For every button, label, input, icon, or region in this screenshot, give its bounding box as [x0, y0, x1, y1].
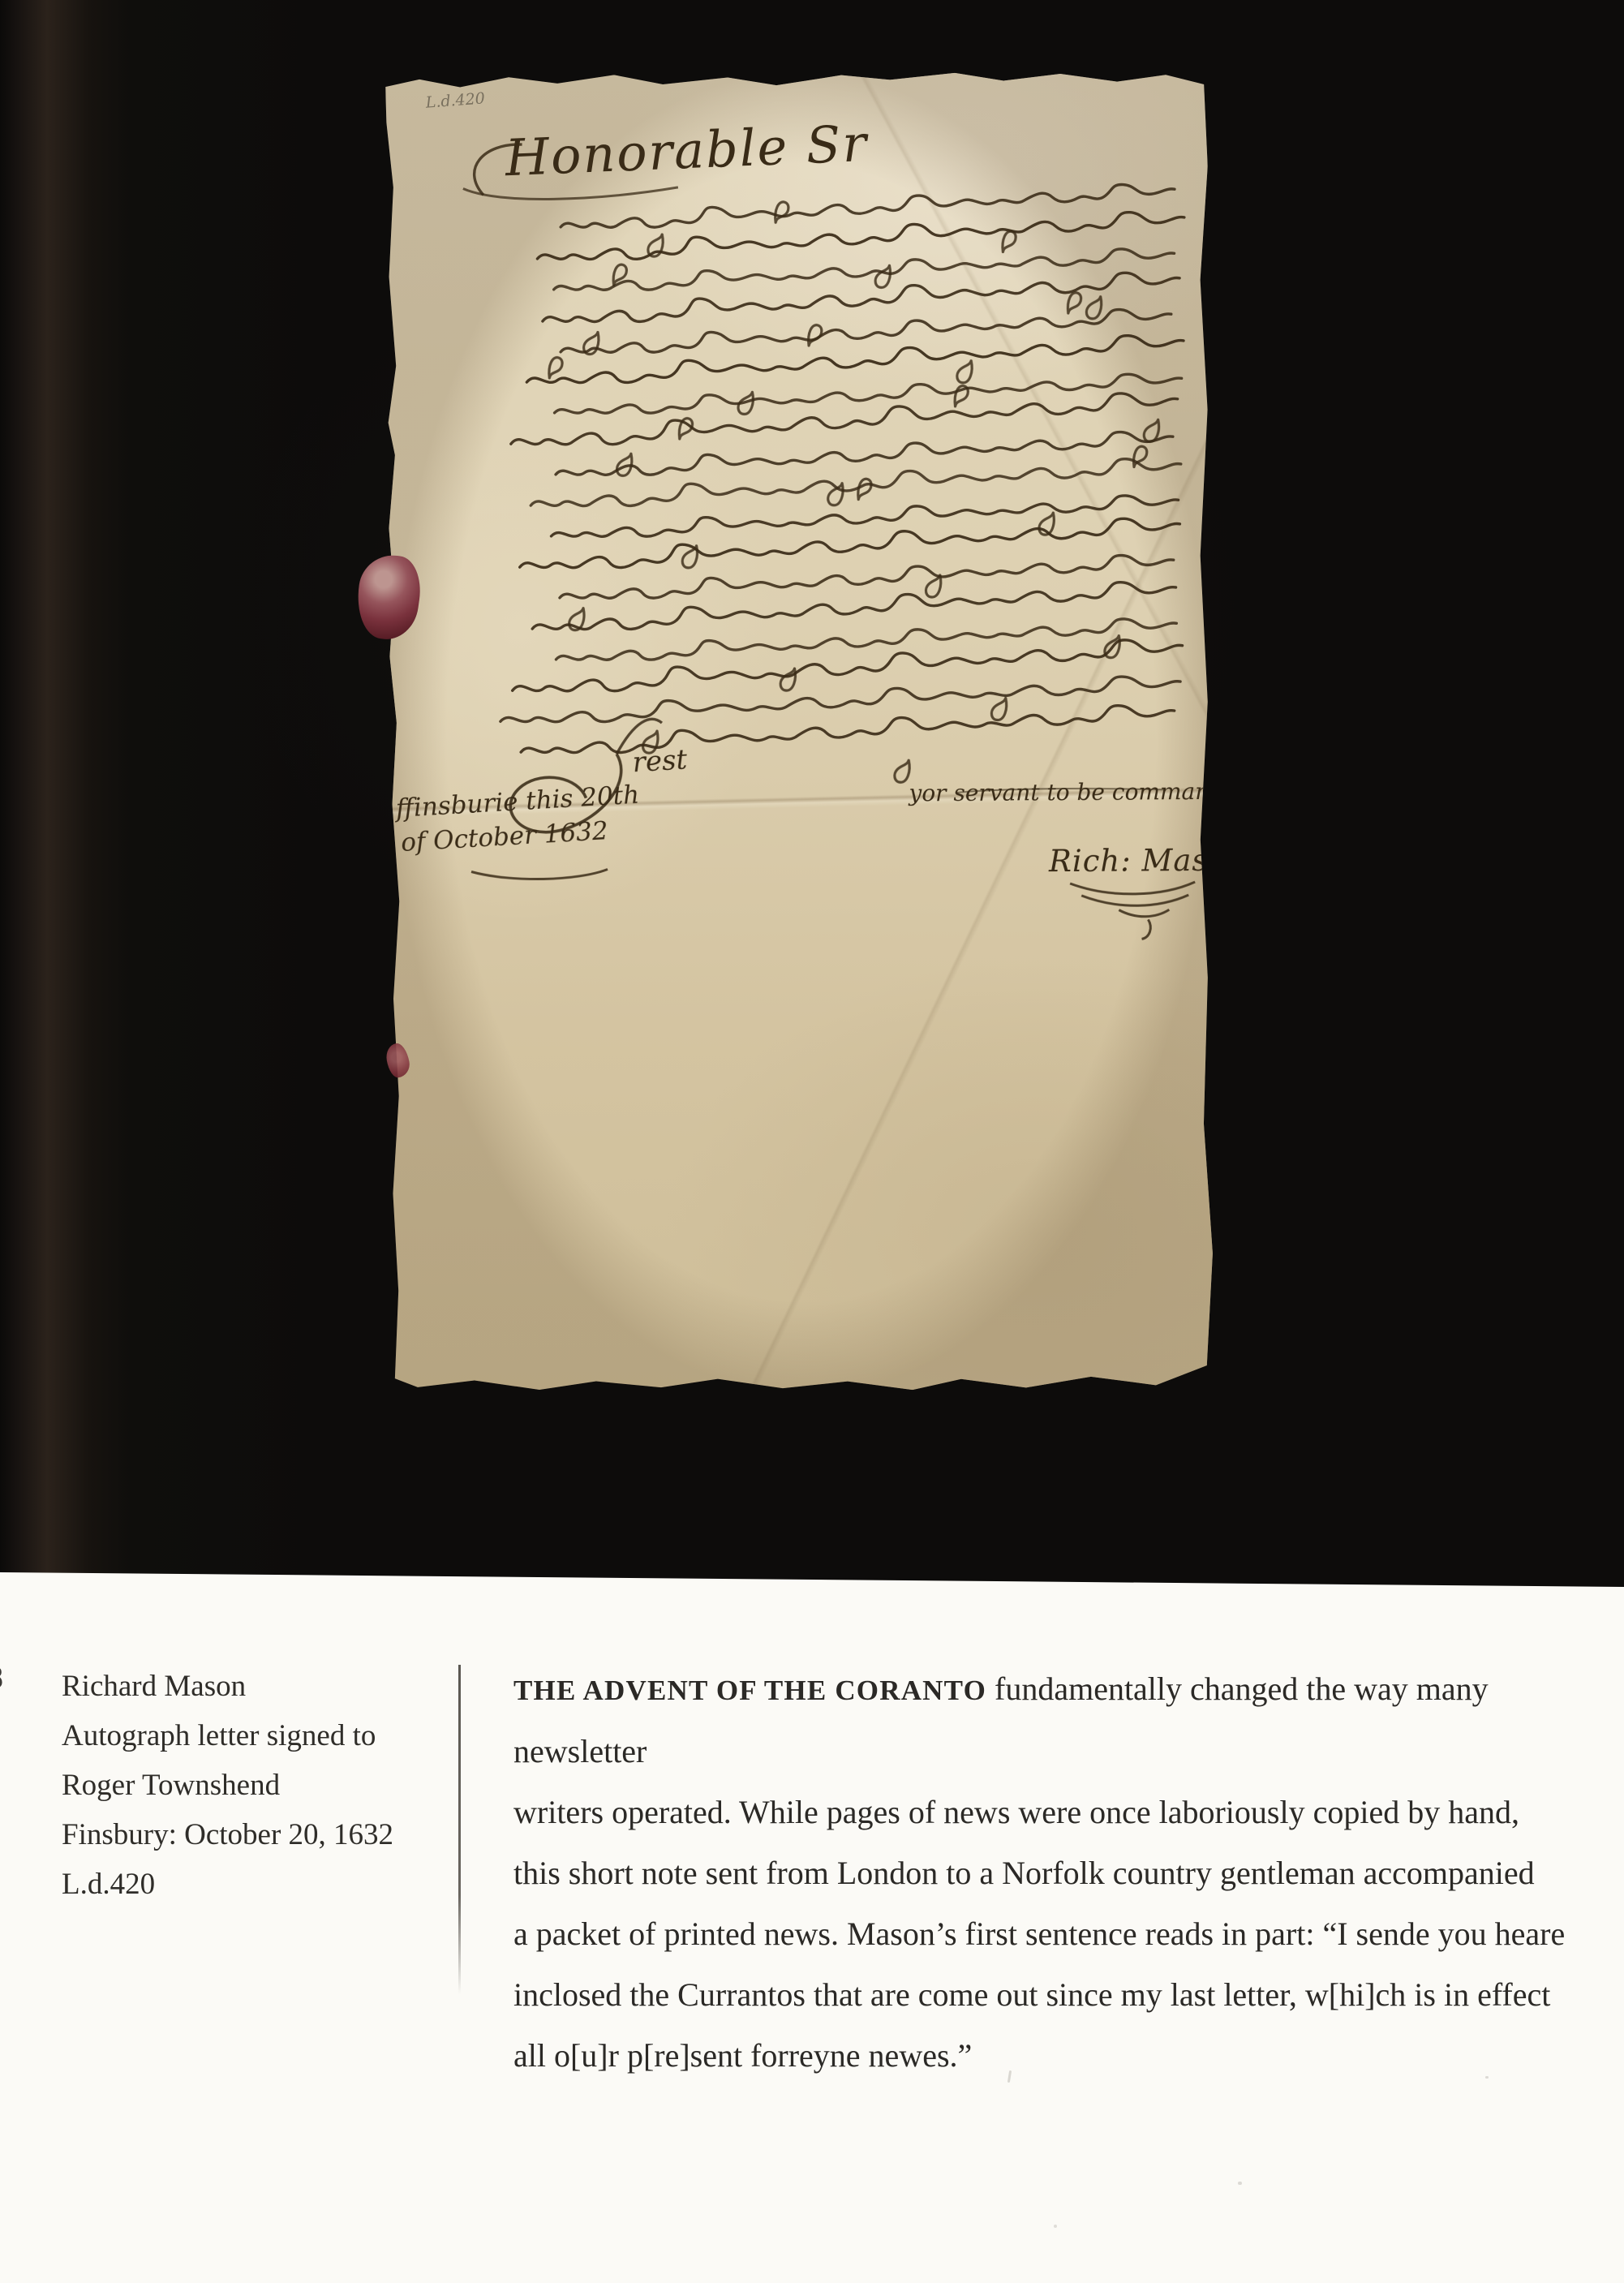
- caption-block: Richard Mason Autograph letter signed to…: [62, 1662, 443, 1909]
- essay-line: all o[u]r p[re]sent forreyne newes.”: [513, 2025, 1624, 2086]
- photo-background: L.d.420 Honorable Sr: [0, 0, 1624, 1590]
- paper-speck: [1238, 2182, 1242, 2185]
- dateline-underline: [471, 869, 608, 879]
- closing-group: yor servant to be commanded Rich: Mason: [907, 778, 1218, 941]
- script-line: [543, 273, 1180, 322]
- rest-group: rest: [510, 719, 689, 832]
- salutation-flourish: [463, 187, 678, 200]
- caption-title: Autograph letter signed to: [62, 1711, 443, 1761]
- rest-text: rest: [631, 743, 688, 779]
- pencil-shelfmark: L.d.420: [424, 89, 486, 112]
- essay-block: THE ADVENT OF THE CORANTO fundamentally …: [513, 1658, 1624, 2086]
- signature-flourish: [1070, 882, 1195, 939]
- dateline-group: ffinsburie this 20th of October 1632: [393, 780, 641, 880]
- essay-line: writers operated. While pages of news we…: [513, 1782, 1624, 1842]
- salutation-group: Honorable Sr: [462, 114, 870, 200]
- closing-text: yor servant to be commanded: [907, 778, 1218, 807]
- script-line: [561, 309, 1171, 353]
- caption-shelfmark: L.d.420: [62, 1860, 443, 1909]
- caption-recipient: Roger Townshend: [62, 1761, 443, 1810]
- essay-lead-in: THE ADVENT OF THE CORANTO: [513, 1675, 986, 1706]
- essay-line: inclosed the Currantos that are come out…: [513, 1964, 1624, 2025]
- paper-speck: [1485, 2076, 1489, 2079]
- script-line: [521, 705, 1175, 753]
- script-line: [553, 249, 1174, 290]
- signature-text: Rich: Mason: [1048, 843, 1218, 879]
- script-line: [526, 335, 1184, 383]
- page-number: 8: [0, 1660, 3, 1696]
- essay-line: a packet of printed news. Mason’s first …: [513, 1903, 1624, 1964]
- caption-divider-rule: [458, 1665, 461, 1994]
- script-line: [554, 374, 1182, 414]
- manuscript-letter-paper: L.d.420 Honorable Sr: [385, 69, 1218, 1396]
- script-line: [510, 393, 1177, 445]
- essay-line: this short note sent from London to a No…: [513, 1842, 1624, 1903]
- script-line: [519, 518, 1179, 568]
- script-line: [512, 639, 1183, 691]
- dateline-line2: of October 1632: [400, 816, 608, 858]
- handwriting-svg: L.d.420 Honorable Sr: [385, 69, 1218, 1396]
- book-page: L.d.420 Honorable Sr: [0, 0, 1624, 2283]
- salutation-text: Honorable Sr: [503, 114, 870, 187]
- essay-line: THE ADVENT OF THE CORANTO fundamentally …: [513, 1658, 1624, 1782]
- handwriting-body: [497, 184, 1188, 753]
- caption-artist: Richard Mason: [62, 1662, 443, 1711]
- paper-speck: [1054, 2225, 1057, 2228]
- caption-date: Finsbury: October 20, 1632: [62, 1810, 443, 1860]
